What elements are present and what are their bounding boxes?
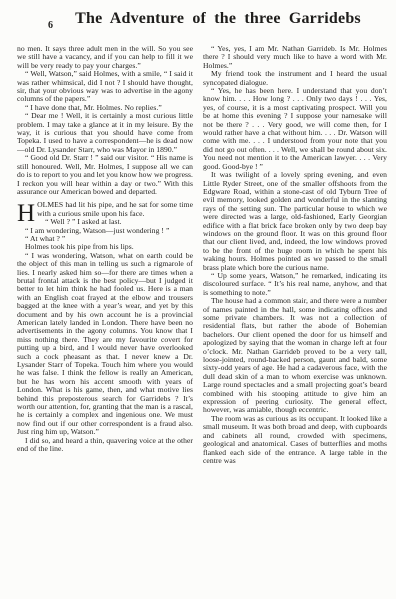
paragraph: It was twilight of a lovely spring eveni… (203, 171, 387, 272)
dropcap-letter: H (17, 201, 37, 226)
page-title: The Adventure of the three Garridebs (40, 10, 396, 28)
left-column: no men. It says three adult men in the w… (17, 45, 193, 563)
right-column: “ Yes, yes, I am Mr. Nathan Garrideb. Is… (203, 45, 387, 563)
paragraph: “ Yes, yes, I am Mr. Nathan Garrideb. Is… (203, 45, 387, 70)
paragraph: “ I was wondering, Watson, what on earth… (17, 252, 193, 437)
paragraph: My friend took the instrument and I hear… (203, 70, 387, 87)
paragraph-text: OLMES had lit his pipe, and he sat for s… (37, 200, 193, 217)
paragraph: The house had a common stair, and there … (203, 297, 387, 415)
paragraph: no men. It says three adult men in the w… (17, 45, 193, 70)
paragraph: “ Yes, he has been here. I understand th… (203, 87, 387, 171)
paragraph: I did so, and heard a thin, quavering vo… (17, 437, 193, 454)
dropcap-paragraph: HOLMES had lit his pipe, and he sat for … (17, 201, 193, 218)
text-columns: no men. It says three adult men in the w… (17, 45, 387, 563)
paragraph: “ Dear me ! Well, it is certainly a most… (17, 112, 193, 154)
paragraph: “ Up some years, Watson,” he remarked, i… (203, 272, 387, 297)
book-page: 6 The Adventure of the three Garridebs n… (0, 0, 396, 599)
paragraph: “ Good old Dr. Starr ! ” said our visito… (17, 154, 193, 196)
paragraph: “ Well, Watson,” said Holmes, with a smi… (17, 70, 193, 104)
paragraph: The room was as curious as its occupant.… (203, 415, 387, 465)
